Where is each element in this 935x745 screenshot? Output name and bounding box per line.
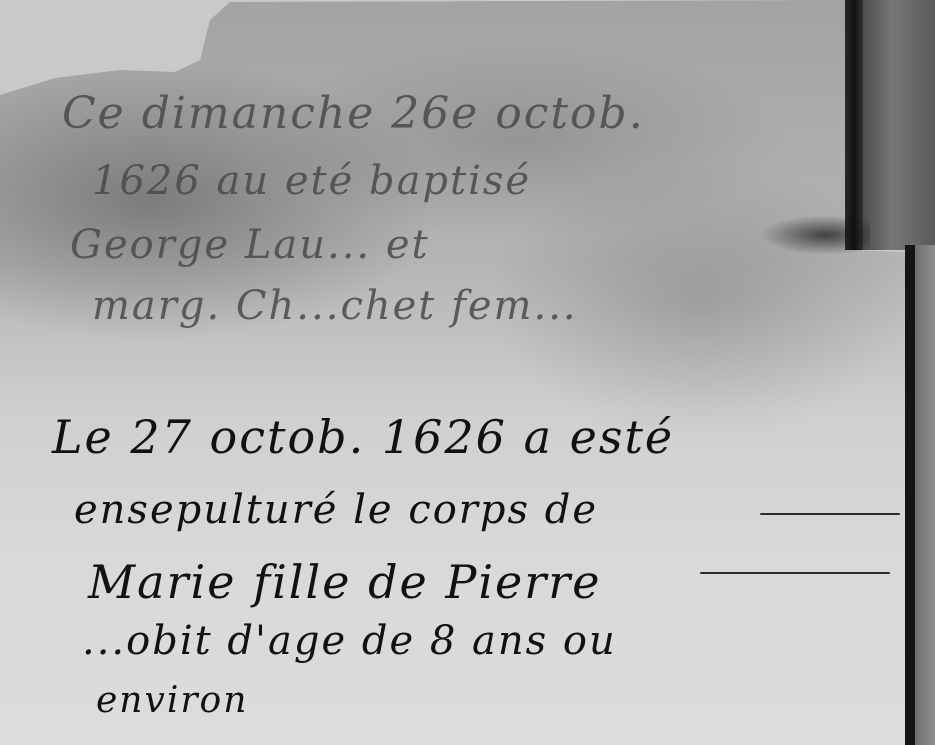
entry-2-line-3: Marie fille de Pierre [88,555,601,609]
line-filler-stroke [760,513,900,515]
entry-2-line-2: ensepulturé le corps de [74,487,598,533]
entry-2-line-4: ...obit d'age de 8 ans ou [82,618,617,664]
entry-1-line-2: 1626 au eté baptisé [92,158,531,204]
entry-1-line-4: marg. Ch...chet fem... [92,283,578,329]
entry-1-line-1: Ce dimanche 26e octob. [62,88,645,139]
entry-2-line-5: environ [96,680,248,721]
line-filler-stroke [700,572,890,574]
binding-strip [905,245,915,745]
entry-1-line-3: George Lau... et [70,222,430,268]
fold-shadow [760,215,870,255]
binding-margin [915,245,935,745]
binding-margin-top [863,0,935,250]
binding-strip-top [845,0,863,250]
entry-2-line-1: Le 27 octob. 1626 a esté [52,410,674,464]
document-scan: Ce dimanche 26e octob. 1626 au eté bapti… [0,0,935,745]
